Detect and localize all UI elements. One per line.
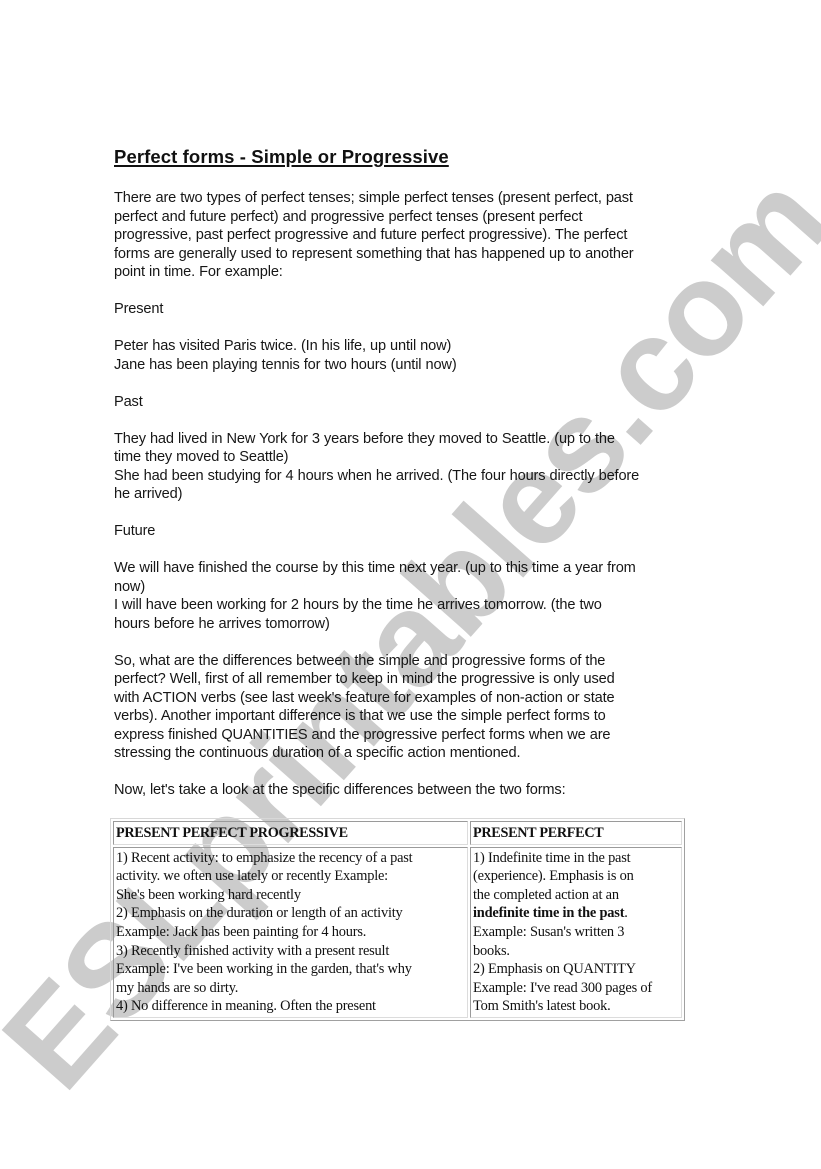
intro-line: progressive, past perfect progressive an… bbox=[114, 226, 714, 245]
example-line: I will have been working for 2 hours by … bbox=[114, 596, 714, 615]
bold-suffix: . bbox=[624, 905, 627, 921]
cell-line: Example: I've been working in the garden… bbox=[116, 960, 465, 979]
paragraph-line: verbs). Another important difference is … bbox=[114, 707, 714, 726]
cell-present-perfect-progressive: 1) Recent activity: to emphasize the rec… bbox=[113, 847, 468, 1018]
intro-line: forms are generally used to represent so… bbox=[114, 245, 714, 264]
page-title: Perfect forms - Simple or Progressive bbox=[114, 144, 714, 170]
cell-line: Example: Jack has been painting for 4 ho… bbox=[116, 923, 465, 942]
example-line: They had lived in New York for 3 years b… bbox=[114, 430, 714, 449]
paragraph-line: stressing the continuous duration of a s… bbox=[114, 744, 714, 763]
cell-line: the completed action at an bbox=[473, 886, 679, 905]
section-examples-past: They had lived in New York for 3 years b… bbox=[114, 430, 714, 504]
cell-line: She's been working hard recently bbox=[116, 886, 465, 905]
example-line: he arrived) bbox=[114, 485, 714, 504]
example-line: Peter has visited Paris twice. (In his l… bbox=[114, 337, 714, 356]
table-row: 1) Recent activity: to emphasize the rec… bbox=[113, 847, 682, 1018]
section-examples-future: We will have finished the course by this… bbox=[114, 559, 714, 633]
example-line: She had been studying for 4 hours when h… bbox=[114, 467, 714, 486]
cell-line: Tom Smith's latest book. bbox=[473, 997, 679, 1016]
example-line: time they moved to Seattle) bbox=[114, 448, 714, 467]
paragraph-line: with ACTION verbs (see last week's featu… bbox=[114, 689, 714, 708]
intro-line: There are two types of perfect tenses; s… bbox=[114, 189, 714, 208]
bold-phrase: indefinite time in the past bbox=[473, 905, 624, 921]
header-present-perfect-progressive: PRESENT PERFECT PROGRESSIVE bbox=[113, 821, 468, 845]
intro-paragraph: There are two types of perfect tenses; s… bbox=[114, 189, 714, 282]
cell-line: 2) Emphasis on QUANTITY bbox=[473, 960, 679, 979]
table-intro: Now, let's take a look at the specific d… bbox=[114, 781, 714, 800]
cell-line: 3) Recently finished activity with a pre… bbox=[116, 942, 465, 961]
cell-line: activity. we often use lately or recentl… bbox=[116, 867, 465, 886]
section-heading-present: Present bbox=[114, 300, 714, 319]
paragraph-line: So, what are the differences between the… bbox=[114, 652, 714, 671]
section-heading-future: Future bbox=[114, 522, 714, 541]
intro-line: perfect and future perfect) and progress… bbox=[114, 208, 714, 227]
worksheet-page: ESLprintables.com Perfect forms - Simple… bbox=[0, 0, 821, 1169]
cell-line: 1) Indefinite time in the past bbox=[473, 849, 679, 868]
intro-line: point in time. For example: bbox=[114, 263, 714, 282]
cell-line: 4) No difference in meaning. Often the p… bbox=[116, 997, 465, 1016]
header-present-perfect: PRESENT PERFECT bbox=[470, 821, 682, 845]
section-examples-present: Peter has visited Paris twice. (In his l… bbox=[114, 337, 714, 374]
example-line: now) bbox=[114, 578, 714, 597]
table-header-row: PRESENT PERFECT PROGRESSIVE PRESENT PERF… bbox=[113, 821, 682, 845]
cell-line: my hands are so dirty. bbox=[116, 979, 465, 998]
section-heading-past: Past bbox=[114, 393, 714, 412]
cell-line: 2) Emphasis on the duration or length of… bbox=[116, 904, 465, 923]
paragraph-line: perfect? Well, first of all remember to … bbox=[114, 670, 714, 689]
paragraph-line: express finished QUANTITIES and the prog… bbox=[114, 726, 714, 745]
document-body: Perfect forms - Simple or Progressive Th… bbox=[114, 144, 714, 818]
cell-line-bold: indefinite time in the past. bbox=[473, 904, 679, 923]
cell-line: Example: I've read 300 pages of bbox=[473, 979, 679, 998]
cell-present-perfect: 1) Indefinite time in the past (experien… bbox=[470, 847, 682, 1018]
cell-line: books. bbox=[473, 942, 679, 961]
cell-line: (experience). Emphasis is on bbox=[473, 867, 679, 886]
cell-line: 1) Recent activity: to emphasize the rec… bbox=[116, 849, 465, 868]
cell-line: Example: Susan's written 3 bbox=[473, 923, 679, 942]
example-line: hours before he arrives tomorrow) bbox=[114, 615, 714, 634]
differences-paragraph: So, what are the differences between the… bbox=[114, 652, 714, 763]
example-line: We will have finished the course by this… bbox=[114, 559, 714, 578]
example-line: Jane has been playing tennis for two hou… bbox=[114, 356, 714, 375]
comparison-table: PRESENT PERFECT PROGRESSIVE PRESENT PERF… bbox=[110, 818, 685, 1021]
